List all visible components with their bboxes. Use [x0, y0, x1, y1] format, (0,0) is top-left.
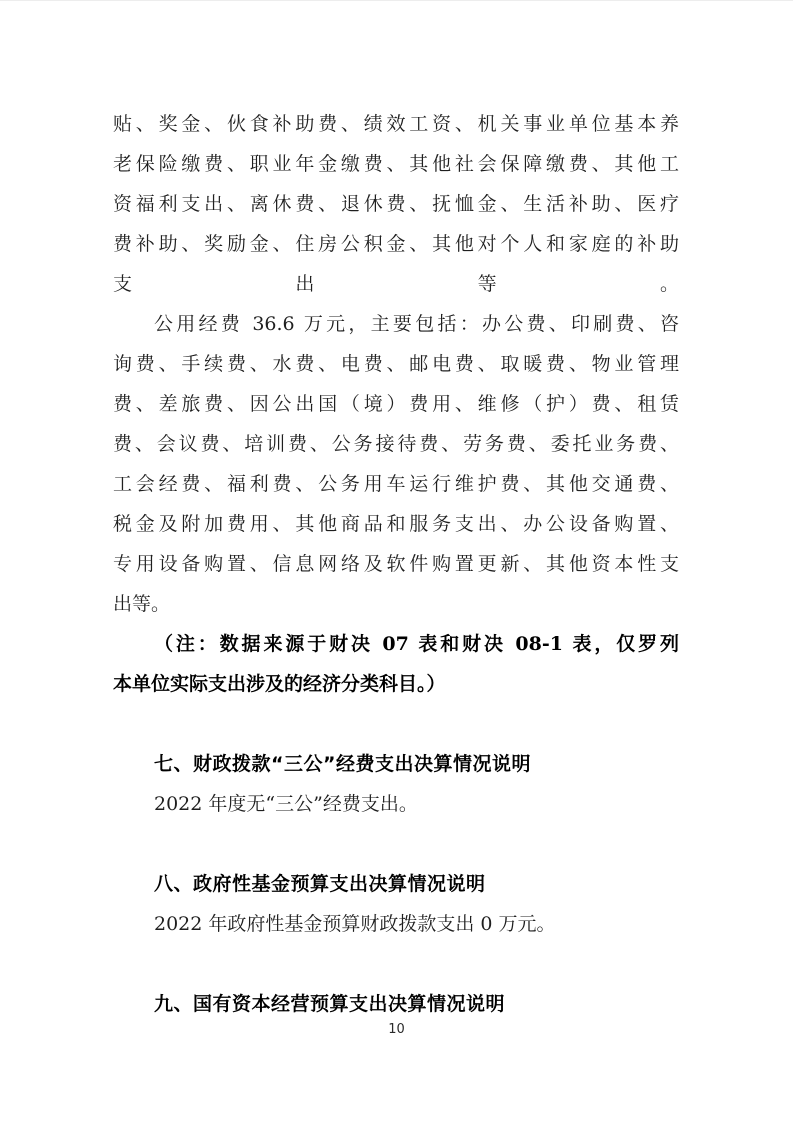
text-line: 八、政府性基金预算支出决算情况说明	[113, 864, 679, 904]
text-line-distributed: 支出等。	[113, 264, 679, 304]
heading-section-8: 八、政府性基金预算支出决算情况说明	[113, 864, 679, 904]
heading-section-9: 九、国有资本经营预算支出决算情况说明	[113, 984, 679, 1024]
text-line	[113, 944, 679, 984]
text-line: 本单位实际支出涉及的经济分类科目。）	[113, 664, 679, 704]
paragraph-public-funds-expense: 公用经费 36.6 万元，主要包括：办公费、印刷费、咨询费、手续费、水费、电费、…	[113, 304, 679, 624]
document-content: 贴、奖金、伙食补助费、绩效工资、机关事业单位基本养老保险缴费、职业年金缴费、其他…	[113, 104, 679, 1024]
text-line: 税金及附加费用、其他商品和服务支出、办公设备购置、	[113, 504, 679, 544]
spacer-2	[113, 824, 679, 864]
text-line: 专用设备购置、信息网络及软件购置更新、其他资本性支	[113, 544, 679, 584]
text-line: （注：数据来源于财决 07 表和财决 08-1 表，仅罗列	[113, 624, 679, 664]
document-page: 贴、奖金、伙食补助费、绩效工资、机关事业单位基本养老保险缴费、职业年金缴费、其他…	[0, 0, 793, 1122]
text-line: 工会经费、福利费、公务用车运行维护费、其他交通费、	[113, 464, 679, 504]
paragraph-personnel-expense-continuation: 贴、奖金、伙食补助费、绩效工资、机关事业单位基本养老保险缴费、职业年金缴费、其他…	[113, 104, 679, 304]
text-line: 出等。	[113, 584, 679, 624]
spacer-3	[113, 944, 679, 984]
distributed-char: 。	[660, 264, 679, 304]
paragraph-section-7-body: 2022 年度无“三公”经费支出。	[113, 784, 679, 824]
text-line: 费、会议费、培训费、公务接待费、劳务费、委托业务费、	[113, 424, 679, 464]
text-line: 九、国有资本经营预算支出决算情况说明	[113, 984, 679, 1024]
spacer-1	[113, 704, 679, 744]
text-line: 询费、手续费、水费、电费、邮电费、取暖费、物业管理	[113, 344, 679, 384]
text-line: 老保险缴费、职业年金缴费、其他社会保障缴费、其他工	[113, 144, 679, 184]
page-number: 10	[0, 1022, 793, 1037]
paragraph-data-source-note: （注：数据来源于财决 07 表和财决 08-1 表，仅罗列本单位实际支出涉及的经…	[113, 624, 679, 704]
text-line: 七、财政拨款“三公”经费支出决算情况说明	[113, 744, 679, 784]
paragraph-section-8-body: 2022 年政府性基金预算财政拨款支出 0 万元。	[113, 904, 679, 944]
distributed-char: 等	[478, 264, 497, 304]
text-line	[113, 824, 679, 864]
heading-section-7: 七、财政拨款“三公”经费支出决算情况说明	[113, 744, 679, 784]
text-line: 费补助、奖励金、住房公积金、其他对个人和家庭的补助	[113, 224, 679, 264]
text-line: 2022 年政府性基金预算财政拨款支出 0 万元。	[113, 904, 679, 944]
distributed-char: 支	[113, 264, 132, 304]
distributed-char: 出	[295, 264, 314, 304]
text-line: 2022 年度无“三公”经费支出。	[113, 784, 679, 824]
text-line: 公用经费 36.6 万元，主要包括：办公费、印刷费、咨	[113, 304, 679, 344]
text-line: 资福利支出、离休费、退休费、抚恤金、生活补助、医疗	[113, 184, 679, 224]
text-line: 费、差旅费、因公出国（境）费用、维修（护）费、租赁	[113, 384, 679, 424]
text-line: 贴、奖金、伙食补助费、绩效工资、机关事业单位基本养	[113, 104, 679, 144]
text-line	[113, 704, 679, 744]
